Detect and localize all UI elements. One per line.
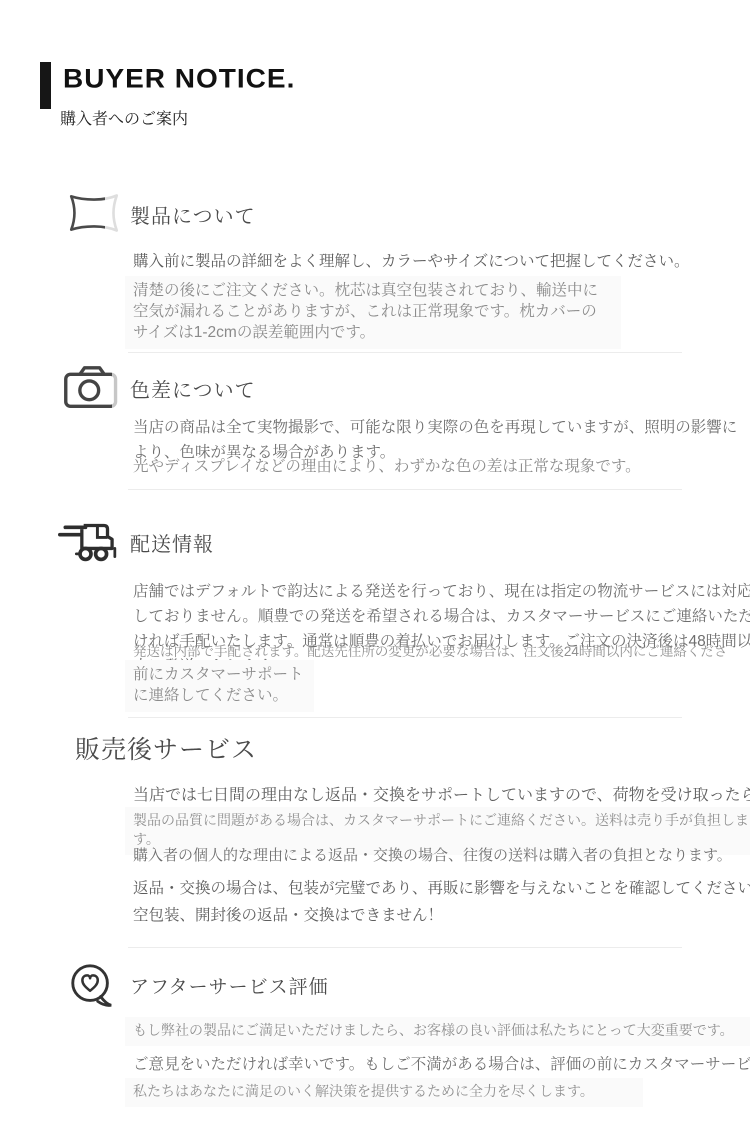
section-heading-review: アフターサービス評価 [130, 972, 329, 999]
product-paragraph-2: 清楚の後にご注文ください。枕芯は真空包装されており、輸送中に空気が漏れることがあ… [125, 276, 621, 349]
review-paragraph-2: ご意見をいただければ幸いです。もしご不満がある場合は、評価の前にカスタマーサービ… [133, 1052, 750, 1077]
section-heading-color: 色差について [130, 374, 256, 403]
section-divider [128, 717, 682, 718]
aftersales-paragraph-1: 当店では七日間の理由なし返品・交換をサポートしていますので、荷物を受け取ったら速… [133, 783, 750, 808]
section-heading-aftersales: 販売後サービス [75, 730, 257, 766]
camera-icon [62, 364, 124, 411]
page-title: BUYER NOTICE. [63, 64, 295, 95]
section-divider [128, 489, 682, 490]
shipping-paragraph-3: 前にカスタマーサポート に連絡してください。 [125, 660, 314, 712]
pillow-icon [66, 189, 122, 237]
section-divider [128, 352, 682, 353]
product-paragraph-1: 購入前に製品の詳細をよく理解し、カラーやサイズについて把握してください。 [133, 249, 738, 274]
buyer-notice-page: BUYER NOTICE. 購入者へのご案内 製品について 購入前に製品の詳細を… [0, 0, 750, 1144]
aftersales-paragraph-3: 購入者の個人的な理由による返品・交換の場合、往復の送料は購入者の負担となります。 [133, 843, 750, 868]
accent-bar [40, 62, 51, 109]
icon-white-overlay [105, 189, 124, 239]
aftersales-paragraph-4: 返品・交換の場合は、包装が完璧であり、再販に影響を与えないことを確認してください… [133, 876, 750, 901]
review-paragraph-3: 私たちはあなたに満足のいく解決策を提供するために全力を尽くします。 [125, 1078, 643, 1107]
aftersales-paragraph-5: 空包装、開封後の返品・交換はできません！ [133, 903, 750, 928]
section-heading-product: 製品について [130, 200, 256, 229]
icon-white-overlay [112, 364, 126, 413]
section-divider [128, 947, 682, 948]
section-heading-shipping: 配送情報 [130, 528, 214, 557]
review-paragraph-1: もし弊社の製品にご満足いただけましたら、お客様の良い評価は私たちにとって大変重要… [125, 1017, 750, 1046]
color-paragraph-2: 光やディスプレイなどの理由により、わずかな色の差は正常な現象です。 [133, 456, 743, 477]
page-subtitle: 購入者へのご案内 [58, 104, 196, 135]
heart-bubble-icon [66, 961, 118, 1011]
delivery-truck-icon [58, 518, 124, 566]
